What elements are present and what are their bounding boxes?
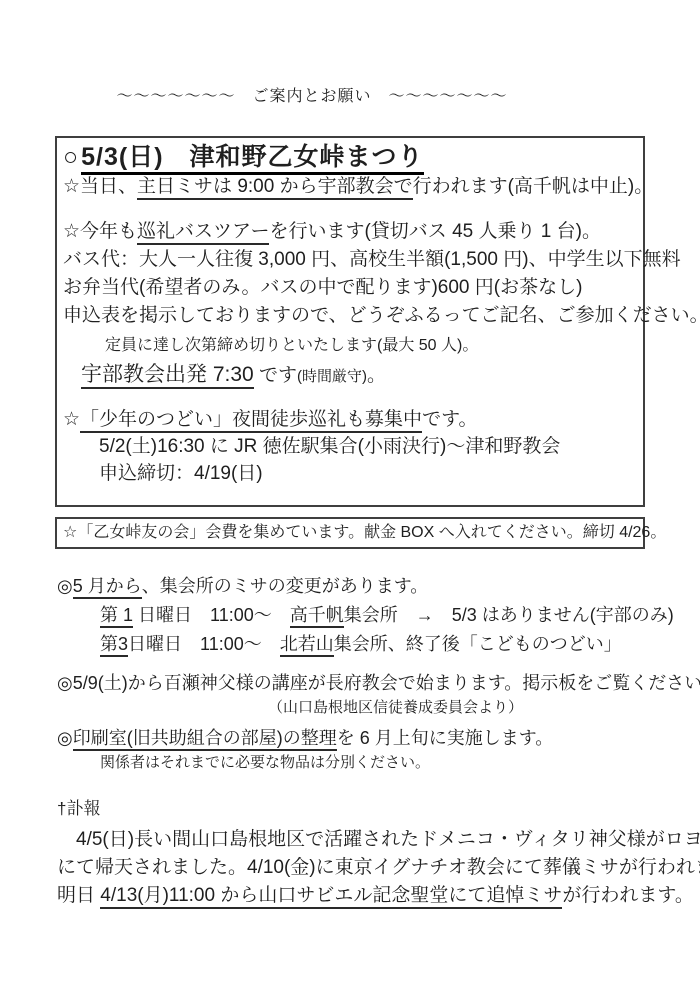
page-header-text: ～～～～～～～ ご案内とお願い ～～～～～～～ [116,88,507,105]
text-segment: 日曜日 11:00～ [133,605,290,625]
page-header: ～～～～～～～ ご案内とお願い ～～～～～～～ [0,0,662,106]
departure-time-text: 宇部教会出発 7:30 [81,363,254,389]
text-segment: を 6 月上旬に実施します。 [337,728,554,748]
text-segment: ☆今年も [63,221,137,242]
youth-walk-meet-line: 5/2(土)16:30 に JR 徳佐駅集合(小雨決行)～津和野教会 [99,433,637,460]
underlined-text: 巡礼バスツアー [137,221,269,245]
text-segment: 日曜日 11:00～ [128,634,280,654]
text-segment: 行われます(高千帆は中止)。 [413,176,654,197]
circle-bullet: ○ [63,143,81,171]
underlined-text: 印刷室(旧共助組合の部屋)の整理 [73,728,337,751]
underlined-text: 高千帆 [290,605,344,628]
obituary-line: 4/5(日)長い間山口島根地区で活躍されたドメニコ・ヴィタリ神父様がロヨラ修道院 [57,826,700,854]
underlined-text: 第 1 [100,605,133,628]
signup-line: 申込表を掲示しておりますので、どうぞふるってご記名、ご参加ください。 [63,302,637,330]
sunday-mass-line: ☆当日、主日ミサは 9:00 から宇部教会で行われます(高千帆は中止)。 [63,173,637,200]
obituary-heading: †訃報 [57,798,700,820]
text-segment: 集会所、終了後「こどものつどい」 [334,634,622,654]
first-sunday-line: 第 1 日曜日 11:00～ 高千帆集会所 → 5/3 はありません(宇部のみ) [100,601,700,629]
youth-walk-line: ☆「少年のつどい」夜間徒歩巡礼も募集中です。 [63,406,637,433]
underlined-text: 第3 [100,634,128,657]
departure-line: 宇部教会出発 7:30 です(時間厳守)。 [81,360,637,392]
text-segment-small: (時間厳守) [297,368,367,385]
underlined-text: 主日ミサは 9:00 から宇部教会で [137,176,413,200]
notices-section: ◎5 月から、集会所のミサの変更があります。 第 1 日曜日 11:00～ 高千… [57,573,700,774]
text-segment: ◎ [57,728,73,748]
text-segment: です [254,365,297,386]
event-box: ○5/3(日) 津和野乙女峠まつり ☆当日、主日ミサは 9:00 から宇部教会で… [55,136,645,507]
text-segment: ☆当日、 [63,176,137,197]
underlined-text: 4/13(月)11:00 から山口サビエル記念聖堂にて追悼ミサ [100,885,562,909]
event-title: ○5/3(日) 津和野乙女峠まつり [63,141,637,173]
capacity-line: 定員に達し次第締め切りといたします(最大 50 人)。 [105,334,637,358]
underlined-text: 「少年のつどい」夜間徒歩巡礼も募集中 [80,409,422,433]
obituary-line: 明日 4/13(月)11:00 から山口サビエル記念聖堂にて追悼ミサが行われます… [57,882,700,910]
text-segment: ☆ [63,409,80,430]
obituary-section: †訃報 4/5(日)長い間山口島根地区で活躍されたドメニコ・ヴィタリ神父様がロヨ… [57,798,700,910]
text-segment: 。 [367,365,386,386]
event-title-text: 5/3(日) 津和野乙女峠まつり [81,143,423,175]
text-segment: 明日 [57,885,100,906]
bento-line: お弁当代(希望者のみ。バスの中で配ります)600 円(お茶なし) [63,274,637,302]
text-segment: が行われます。 [562,885,693,906]
membership-fee-text: ☆「乙女峠友の会」会費を集めています。献金 BOX へ入れてください。締切 4/… [63,524,666,541]
third-sunday-line: 第3日曜日 11:00～ 北若山集会所、終了後「こどものつどい」 [100,630,700,658]
print-room-line: ◎印刷室(旧共助組合の部屋)の整理を 6 月上旬に実施します。 [57,725,700,752]
text-segment: 集会所 → 5/3 はありません(宇部のみ) [344,605,674,625]
text-segment: ◎ [57,576,73,596]
mass-change-line: ◎5 月から、集会所のミサの変更があります。 [57,573,700,600]
underlined-text: 北若山 [280,634,334,657]
text-segment: 、集会所のミサの変更があります。 [142,576,429,596]
text-segment: です。 [422,409,477,430]
membership-fee-box: ☆「乙女峠友の会」会費を集めています。献金 BOX へ入れてください。締切 4/… [55,517,645,549]
bus-fare-line: バス代：大人一人往復 3,000 円、高校生半額(1,500 円)、中学生以下無… [63,246,637,274]
bus-tour-line: ☆今年も巡礼バスツアーを行います(貸切バス 45 人乗り 1 台)。 [63,218,637,246]
youth-walk-deadline-line: 申込締切：4/19(日) [99,460,637,487]
underlined-text: 5 月から [73,576,142,599]
obituary-line: にて帰天されました。4/10(金)に東京イグナチオ教会にて葬儀ミサが行われました… [57,854,700,882]
document-page: ～～～～～～～ ご案内とお願い ～～～～～～～ ○5/3(日) 津和野乙女峠まつ… [0,0,700,989]
text-segment: を行います(貸切バス 45 人乗り 1 台)。 [269,221,600,242]
print-room-note-line: 関係者はそれまでに必要な物品は分別ください。 [100,752,700,774]
lecture-source-line: （山口島根地区信徒養成委員会より） [268,697,700,719]
lecture-line: ◎5/9(土)から百瀬神父様の講座が長府教会で始まります。掲示板をご覧ください。 [57,670,700,697]
